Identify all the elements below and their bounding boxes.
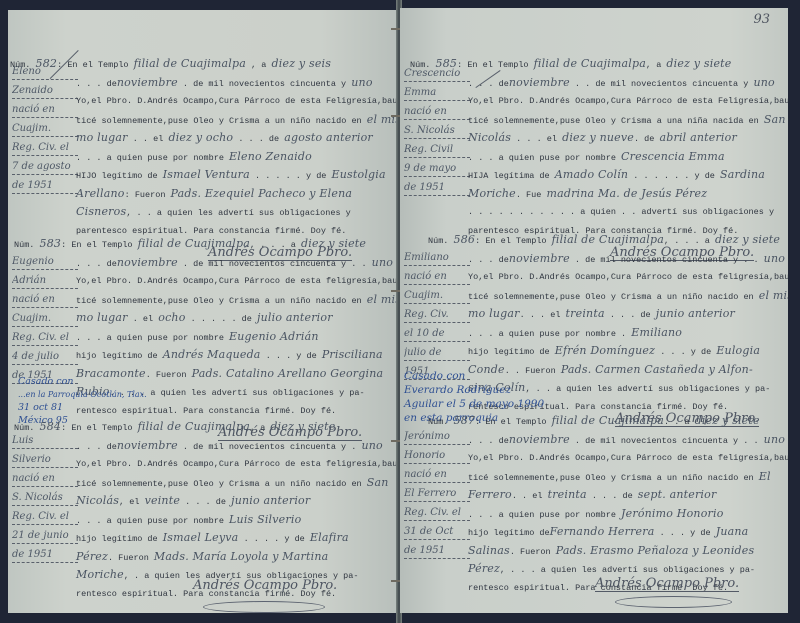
entry-line: Nicolás . . . el diez y nueve. de abril …	[468, 129, 780, 148]
handwritten-text: sept. anterior	[638, 488, 717, 501]
handwritten-text: Juana	[716, 525, 749, 538]
entry-line: Yo,el Pbro. D.Andrés Ocampo,Cura Párroco…	[76, 92, 390, 111]
handwritten-text: mo lugar	[76, 131, 128, 144]
annotation-line: Casado con	[404, 369, 544, 383]
handwritten-text: noviembre	[117, 76, 178, 89]
typed-text: En el Templo	[71, 240, 132, 250]
margin-line: Cuajim.	[12, 122, 78, 137]
entry-line: Moriche. Fue madrina Ma. de Jesús Pérez	[468, 185, 780, 204]
typed-text: , a	[251, 60, 266, 70]
handwritten-text: Pads. Erasmo Peñaloza y Leonides	[556, 544, 755, 557]
typed-text: Yo,el Pbro. D.Andrés Ocampo,Cura Párroco…	[76, 96, 398, 106]
entry-number-label: Núm.	[10, 60, 36, 70]
handwritten-text: Ismael Ventura	[163, 168, 250, 181]
typed-text: , . . . a	[664, 236, 710, 246]
typed-text: . de mil novecientos cincuenta y .	[183, 442, 356, 452]
typed-text: . . el	[133, 134, 164, 144]
margin-line: de 1951	[404, 544, 470, 559]
typed-text: . . . de	[76, 442, 117, 452]
entry-margin-notes: Eleno Zenaido nació en Cuajim. Reg. Civ.…	[12, 65, 78, 198]
entry-line: . . . denoviembre . de mil novecientos c…	[468, 431, 780, 450]
margin-line: Reg. Civ. el	[404, 506, 470, 521]
annotation-line: ...en la Parroquia Ocotlán, Tlax.	[18, 388, 147, 401]
entry-line: HIJO legítimo de Ismael Ventura . . . . …	[76, 166, 390, 185]
typed-text: . . . el	[516, 134, 557, 144]
entry-line: mo lugar. . . el treinta . . . de junio …	[468, 305, 780, 324]
handwritten-text: Crescencia Emma	[621, 150, 725, 163]
typed-text: . . . y de	[660, 528, 711, 538]
typed-text: . . . a quien puse por nombre	[76, 516, 224, 526]
margin-line: 21 de junio	[12, 529, 78, 544]
handwritten-text: Nicolás	[468, 131, 511, 144]
margin-line: Emma	[404, 86, 470, 101]
handwritten-text: madrina Ma. de Jesús Pérez	[546, 187, 707, 200]
handwritten-text: treinta	[566, 307, 605, 320]
margin-line: Cuajim.	[404, 289, 470, 304]
margin-line: Cuajim.	[12, 312, 78, 327]
typed-text: , . . a quien les advertí sus obligacion…	[525, 384, 770, 394]
typed-text: . . . de	[76, 79, 117, 89]
entry-line: . . . a quien puse por nombre Jerónimo H…	[468, 505, 780, 524]
entry-line: . . . a quien puse por nombre . Emiliano	[468, 324, 780, 343]
handwritten-text: junio anterior	[231, 494, 310, 507]
margin-line: Reg. Civil	[404, 143, 470, 158]
handwritten-text: noviembre	[117, 439, 178, 452]
entry-line: Salinas. Fueron Pads. Erasmo Peñaloza y …	[468, 542, 780, 561]
typed-text: Yo,el Pbro. D.Andrés Ocampo,Cura Párroco…	[76, 459, 398, 469]
typed-text: ticé solemnemente,puse Oleo y Crisma a u…	[468, 473, 754, 483]
margin-line: Adrián	[12, 274, 78, 289]
handwritten-text: diez y seis	[272, 57, 332, 70]
typed-text: . Fue	[516, 190, 542, 200]
entry-line: Yo,el Pbro. D.Andrés Ocampo,Cura Párroco…	[76, 272, 390, 291]
margin-line: El Ferrero	[404, 487, 470, 502]
handwritten-text: diez y siete	[666, 57, 731, 70]
entry-number: 582	[36, 57, 58, 70]
typed-text: En el Templo	[67, 60, 128, 70]
handwritten-text: junio anterior	[656, 307, 735, 320]
typed-text: En el Templo	[485, 417, 546, 427]
handwritten-text: filial de Cuajimalpa	[552, 414, 664, 427]
handwritten-text: diez y ocho	[168, 131, 233, 144]
handwritten-text: uno	[372, 256, 393, 269]
typed-text: . . . a quien puse por nombre	[76, 153, 224, 163]
handwritten-text: noviembre	[509, 252, 570, 265]
priest-signature: Andrés Ocampo Pbro.	[193, 578, 337, 593]
entry-line: Núm. 583: En el Templo filial de Cuajima…	[14, 235, 390, 254]
handwritten-text: uno	[361, 439, 382, 452]
typed-text: . . . a quien puse por nombre	[468, 510, 616, 520]
margin-line: Emiliano	[404, 251, 470, 266]
entry-line: . . . denoviembre . de mil novecientos c…	[468, 250, 780, 269]
typed-text: . . . . y de	[244, 534, 305, 544]
annotation-line: Aguilar el 5 de mayo 1990	[404, 397, 544, 411]
typed-text: . . a	[664, 417, 690, 427]
typed-text: . . . . a quien les advertí sus obligaci…	[110, 388, 365, 398]
typed-text: , el	[119, 497, 139, 507]
margin-line: nació en	[12, 293, 78, 308]
typed-text: . de mil novecientos cincuenta y . .	[183, 259, 367, 269]
handwritten-text: filial de Cuajimalpa	[138, 420, 250, 433]
margin-line: 7 de agosto	[12, 160, 78, 175]
entry-line: Núm. 587: En el Templo filial de Cuajima…	[428, 412, 780, 431]
typed-text: Yo,el Pbro. D.Andrés Ocampo,Cura Párroco…	[468, 272, 788, 282]
handwritten-text: Luis Silverio	[229, 513, 301, 526]
typed-text: . . . el	[520, 310, 561, 320]
entry-number-label: Núm.	[410, 60, 436, 70]
handwritten-text: Efrén Domínguez	[555, 344, 655, 357]
entry-line: . . . denoviembre . de mil novecientos c…	[76, 437, 390, 456]
signature-flourish	[615, 596, 732, 608]
entry-line: ticé solemnemente,puse Oleo y Crisma a u…	[76, 474, 390, 493]
typed-text: . Fueron	[510, 547, 551, 557]
handwritten-text: Amado Colín	[555, 168, 628, 181]
entry-line: HIJA legítima de Amado Colín . . . . . .…	[468, 166, 780, 185]
typed-text: ticé solemnemente,puse Oleo y Crisma a u…	[76, 479, 362, 489]
handwritten-text: Ferrero	[468, 488, 512, 501]
entry-line: Cisneros, . . a quien les advertí sus ob…	[76, 203, 390, 222]
entry-line: . . . a quien puse por nombre Crescencia…	[468, 148, 780, 167]
typed-text: . de mil novecientos cincuenta y . .	[575, 436, 759, 446]
typed-text: hijo legítimo de	[76, 534, 158, 544]
signature-flourish	[203, 601, 325, 613]
entry-line: Pérez. Fueron Mads. María Loyola y Marti…	[76, 548, 390, 567]
entry-body: Núm. 586: En el Templo filial de Cuajima…	[428, 231, 780, 250]
entry-number-label: Núm.	[428, 417, 454, 427]
handwritten-text: filial de Cuajimalpa	[134, 57, 246, 70]
handwritten-text: noviembre	[509, 76, 570, 89]
handwritten-text: Cisneros	[76, 205, 126, 218]
handwritten-text: Eulogia	[716, 344, 760, 357]
entry-body: Núm. 585: En el Templo filial de Cuajima…	[410, 55, 780, 74]
handwritten-text: Eugenio Adrián	[229, 330, 319, 343]
handwritten-text: uno	[351, 76, 372, 89]
handwritten-text: el mis-	[367, 293, 398, 306]
entry-line: Arellano: Fueron Pads. Ezequiel Pacheco …	[76, 185, 390, 204]
typed-text: ticé solemnemente,puse Oleo y Crisma a u…	[468, 292, 754, 302]
typed-text: En el Templo	[485, 236, 546, 246]
margin-line: el 10 de	[404, 327, 470, 342]
typed-text: En el Templo	[71, 423, 132, 433]
typed-text: . . . de	[610, 310, 651, 320]
entry-line: . . . a quien puse por nombre Eleno Zena…	[76, 148, 390, 167]
entry-line: ticé solemnemente,puse Oleo y Crisma a u…	[76, 291, 390, 310]
margin-line: de 1951	[12, 548, 78, 563]
handwritten-text: Pérez	[468, 562, 500, 575]
typed-text: , a	[250, 423, 265, 433]
entry-margin-notes: Eugenio Adrián nació en Cuajim. Reg. Civ…	[12, 255, 78, 388]
handwritten-text: Mads. María Loyola y Martina	[154, 550, 328, 563]
entry-line: Núm. 586: En el Templo filial de Cuajima…	[428, 231, 780, 250]
margin-line: de 1951	[404, 181, 470, 196]
handwritten-text: Prisciliana	[322, 348, 383, 361]
handwritten-text: treinta	[548, 488, 587, 501]
handwritten-text: mo lugar	[76, 311, 128, 324]
margin-line: Silverio	[12, 453, 78, 468]
typed-text: hijo legítimo de	[468, 347, 550, 357]
right-page: 93 Crescencio Emma nació en S. Nicolás R…	[400, 8, 788, 613]
typed-text: . . . de	[76, 259, 117, 269]
entry-body-text: . . . denoviembre . . de mil novecientos…	[468, 74, 780, 241]
margin-line: S. Nicolás	[404, 124, 470, 139]
margin-line: nació en	[404, 105, 470, 120]
typed-text: En el Templo	[467, 60, 528, 70]
handwritten-text: uno	[764, 252, 785, 265]
typed-text: . . . de	[592, 491, 633, 501]
entry-line: mo lugar . . el diez y ocho . . . de ago…	[76, 129, 390, 148]
entry-line: mo lugar . el ocho . . . . . de julio an…	[76, 309, 390, 328]
entry-body-text: . . . denoviembre . de mil novecientos c…	[468, 431, 780, 598]
typed-text: . . . . . de	[191, 314, 252, 324]
entry-line: ticé solemnemente,puse Oleo y Crisma a u…	[468, 468, 780, 487]
typed-text: . de	[634, 134, 654, 144]
handwritten-text: Sardina	[720, 168, 765, 181]
handwritten-text: veinte	[145, 494, 180, 507]
handwritten-text: diez y siete	[270, 420, 335, 433]
entry-body: Núm. 583: En el Templo filial de Cuajima…	[14, 235, 390, 254]
margin-line: Reg. Civ. el	[12, 141, 78, 156]
entry-number-label: Núm.	[14, 240, 40, 250]
margin-line: Reg. Civ. el	[12, 331, 78, 346]
typed-text: Yo,el Pbro. D.Andrés Ocampo,Cura Párroco…	[468, 453, 788, 463]
entry-line: hijo legítimo de Ismael Leyva . . . . y …	[76, 529, 390, 548]
entry-line: Núm. 585: En el Templo filial de Cuajima…	[410, 55, 780, 74]
typed-text: . Fueron	[108, 553, 149, 563]
handwritten-text: uno	[764, 433, 785, 446]
entry-number: 583	[40, 237, 62, 250]
margin-line: Zenaido	[12, 84, 78, 99]
entry-line: . . . denoviembre . . de mil novecientos…	[468, 74, 780, 93]
handwritten-text: Emiliano	[631, 326, 682, 339]
margin-line: Eugenio	[12, 255, 78, 270]
handwritten-text: diez y nueve	[562, 131, 634, 144]
typed-text: . . . y de	[266, 351, 317, 361]
entry-body: Núm. 582: En el Templo filial de Cuajima…	[10, 55, 390, 74]
handwritten-text: Pads. Carmen Castañeda y Alfon-	[561, 363, 753, 376]
entry-line: Ferrero. . el treinta . . . de sept. ant…	[468, 486, 780, 505]
handwritten-text: noviembre	[509, 433, 570, 446]
entry-line: Nicolás, el veinte . . . de junio anteri…	[76, 492, 390, 511]
margin-line: 9 de mayo	[404, 162, 470, 177]
margin-line: nació en	[12, 103, 78, 118]
handwritten-text: diez y siete	[715, 233, 780, 246]
typed-text: . . . de	[238, 134, 279, 144]
handwritten-text: filial de Cuajimalpa	[552, 233, 664, 246]
entry-margin-notes: Luis Silverio nació en S. Nicolás Reg. C…	[12, 434, 78, 567]
typed-text: : Fueron	[125, 190, 166, 200]
entry-number: 585	[436, 57, 458, 70]
typed-text: HIJA legítima de	[468, 171, 550, 181]
typed-text: . . . de	[468, 255, 509, 265]
entry-line: hijo legítimo deFernando Herrera . . . y…	[468, 523, 780, 542]
entry-margin-notes: Crescencio Emma nació en S. Nicolás Reg.…	[404, 67, 470, 200]
handwritten-text: el mis-	[759, 289, 788, 302]
typed-text: . . . a quien puse por nombre	[76, 333, 224, 343]
entry-number: 587	[454, 414, 476, 427]
typed-text: . . . . . . . . . . . a quien . . advert…	[468, 207, 774, 217]
typed-text: . . . de	[468, 79, 509, 89]
typed-text: Yo,el Pbro. D.Andrés Ocampo,Cura Párroco…	[76, 276, 398, 286]
entry-line: hijo legítimo de Efrén Domínguez . . . y…	[468, 342, 780, 361]
margin-line: Reg. Civ. el	[12, 510, 78, 525]
handwritten-text: San	[367, 476, 389, 489]
typed-text: . . . . . . y de	[633, 171, 715, 181]
handwritten-text: Nicolás	[76, 494, 119, 507]
margin-line: S. Nicolás	[12, 491, 78, 506]
handwritten-text: Pérez	[76, 550, 108, 563]
handwritten-text: diez y siete	[695, 414, 760, 427]
margin-line: nació en	[12, 472, 78, 487]
entry-number: 584	[40, 420, 62, 433]
typed-text: , . . . a	[250, 240, 296, 250]
handwritten-text: ocho	[158, 311, 185, 324]
typed-text: . . de mil novecientos cincuenta y	[575, 79, 748, 89]
entry-line: ticé solemnemente,puse Oleo y Crisma a u…	[468, 287, 780, 306]
handwritten-text: noviembre	[117, 256, 178, 269]
entry-line: . . . a quien puse por nombre Eugenio Ad…	[76, 328, 390, 347]
handwritten-text: Fernando Herrera	[550, 525, 655, 538]
margin-line: Honorio	[404, 449, 470, 464]
margin-line: Reg. Civ.	[404, 308, 470, 323]
entry-line: hijo legítimo de Andrés Maqueda . . . y …	[76, 346, 390, 365]
typed-text: , . . . a quien les advertí sus obligaci…	[500, 565, 755, 575]
entry-line: Yo,el Pbro. D.Andrés Ocampo,Cura Párroco…	[76, 455, 390, 474]
typed-text: , . . a quien les advertí sus obligacion…	[126, 208, 350, 218]
left-page: Eleno Zenaido nació en Cuajim. Reg. Civ.…	[8, 10, 398, 613]
typed-text: . Fueron	[146, 370, 187, 380]
priest-signature: Andrés Ocampo Pbro.	[595, 576, 739, 592]
typed-text: . . el	[512, 491, 543, 501]
handwritten-text: Arellano	[76, 187, 125, 200]
entry-line: Yo,el Pbro. D.Andrés Ocampo,Cura Párroco…	[468, 268, 780, 287]
entry-margin-notes: Emiliano nació en Cuajim. Reg. Civ. el 1…	[404, 251, 470, 384]
handwritten-text: San	[764, 113, 786, 126]
handwritten-text: abril anterior	[660, 131, 737, 144]
typed-text: . de mil novecientos cincuenta y . .	[575, 255, 759, 265]
handwritten-text: mo lugar	[468, 307, 520, 320]
entry-line: . . . denoviembre . de mil novecientos c…	[76, 254, 390, 273]
entry-line: ticé solemnemente,puse Oleo y Crisma a u…	[76, 111, 390, 130]
typed-text: . de mil novecientos cincuenta y	[183, 79, 346, 89]
entry-line: . . . . . . . . . . . a quien . . advert…	[468, 203, 780, 222]
entry-body: Núm. 584: En el Templo filial de Cuajima…	[14, 418, 390, 437]
typed-text: . el	[133, 314, 153, 324]
handwritten-text: Salinas	[468, 544, 510, 557]
typed-text: . . . . . y de	[255, 171, 326, 181]
handwritten-text: filial de Cuajimalpa	[138, 237, 250, 250]
handwritten-text: agosto anterior	[284, 131, 373, 144]
typed-text: hijo legítimo de	[76, 351, 158, 361]
handwritten-text: Andrés Maqueda	[163, 348, 261, 361]
handwritten-text: uno	[753, 76, 774, 89]
handwritten-text: Elafira	[310, 531, 349, 544]
entry-line: . . . a quien puse por nombre Luis Silve…	[76, 511, 390, 530]
handwritten-text: Jerónimo Honorio	[621, 507, 723, 520]
handwritten-text: Ismael Leyva	[163, 531, 239, 544]
margin-line: julio de	[404, 346, 470, 361]
handwritten-text: Moriche	[76, 568, 124, 581]
entry-line: ticé solemnemente,puse Oleo y Crisma a u…	[468, 111, 780, 130]
typed-text: parentesco espiritual. Para constancia f…	[76, 226, 346, 236]
typed-text: . . . de	[468, 436, 509, 446]
typed-text: . . . y de	[660, 347, 711, 357]
entry-body: Núm. 587: En el Templo filial de Cuajima…	[428, 412, 780, 431]
open-register-book: Eleno Zenaido nació en Cuajim. Reg. Civ.…	[0, 0, 800, 623]
margin-line: 4 de julio	[12, 350, 78, 365]
typed-text: HIJO legítimo de	[76, 171, 158, 181]
entry-margin-notes: Jerónimo Honorio nació en El Ferrero Reg…	[404, 430, 470, 563]
entry-line: Núm. 584: En el Templo filial de Cuajima…	[14, 418, 390, 437]
handwritten-text: Moriche	[468, 187, 516, 200]
margin-line: 31 de Oct	[404, 525, 470, 540]
entry-line: . . . denoviembre . de mil novecientos c…	[76, 74, 390, 93]
handwritten-text: julio anterior	[257, 311, 333, 324]
typed-text: Yo,el Pbro. D.Andrés Ocampo,Cura Párroco…	[468, 96, 788, 106]
page-number: 93	[753, 12, 770, 27]
annotation-line: 31 oct 81	[18, 401, 147, 414]
typed-text: , a	[646, 60, 661, 70]
handwritten-text: Pads. Catalino Arellano Georgina	[192, 367, 384, 380]
entry-line: Yo,el Pbro. D.Andrés Ocampo,Cura Párroco…	[468, 92, 780, 111]
handwritten-text: El	[759, 470, 771, 483]
entry-line: Yo,el Pbro. D.Andrés Ocampo,Cura Párroco…	[468, 449, 780, 468]
margin-line: nació en	[404, 468, 470, 483]
handwritten-text: Eustolgia	[332, 168, 386, 181]
handwritten-text: filial de Cuajimalpa	[534, 57, 646, 70]
typed-text: . . . de	[185, 497, 226, 507]
margin-line: nació en	[404, 270, 470, 285]
typed-text: ticé solemnemente,puse Oleo y Crisma a u…	[76, 116, 362, 126]
handwritten-text: diez y siete	[301, 237, 366, 250]
annotation-line: Casado con	[18, 375, 147, 388]
entry-number-label: Núm.	[14, 423, 40, 433]
annotation-line: Everardo Rodríguez	[404, 383, 544, 397]
entry-number: 586	[454, 233, 476, 246]
entry-body-text: . . . denoviembre . de mil novecientos c…	[76, 74, 390, 241]
typed-text: . . . a quien puse por nombre .	[468, 329, 626, 339]
margin-line: Jerónimo	[404, 430, 470, 445]
typed-text: hijo legítimo de	[468, 528, 550, 538]
entry-number-label: Núm.	[428, 236, 454, 246]
typed-text: ticé solemnemente,puse Oleo y Crisma a u…	[76, 296, 362, 306]
entry-line: Núm. 582: En el Templo filial de Cuajima…	[10, 55, 390, 74]
margin-line: de 1951	[12, 179, 78, 194]
handwritten-text: Eleno Zenaido	[229, 150, 312, 163]
handwritten-text: Pads. Ezequiel Pacheco y Elena	[171, 187, 353, 200]
typed-text: . . . a quien puse por nombre	[468, 153, 616, 163]
typed-text: ticé solemnemente,puse Oleo y Crisma a u…	[468, 116, 759, 126]
